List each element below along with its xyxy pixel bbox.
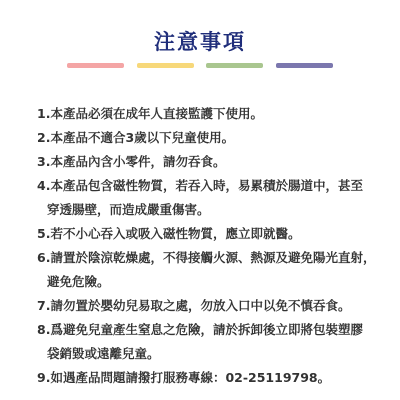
notice-item-9: 9.如遇產品問題請撥打服務專線：02-25119798。: [37, 366, 377, 390]
color-divider: [67, 63, 333, 68]
page-title: 注意事項: [0, 26, 400, 56]
divider-bar-purple: [276, 63, 333, 68]
notice-item-6: 6.請置於陰涼乾燥處，不得接觸火源、熱源及避免陽光直射，避免危險。: [37, 246, 377, 294]
notice-text: 9.如遇產品問題請撥打服務專線：02-25119798。: [37, 370, 330, 385]
notice-text-continued: 避免危險。: [37, 270, 377, 294]
notice-item-4: 4.本產品包含磁性物質，若吞入時，易累積於腸道中，甚至穿透腸壁，而造成嚴重傷害。: [37, 174, 377, 222]
notice-item-1: 1.本產品必須在成年人直接監護下使用。: [37, 102, 377, 126]
notice-text-continued: 袋銷毀或遠離兒童。: [37, 342, 377, 366]
notice-item-7: 7.請勿置於嬰幼兒易取之處，勿放入口中以免不慎吞食。: [37, 294, 377, 318]
notice-text: 4.本產品包含磁性物質，若吞入時，易累積於腸道中，甚至: [37, 178, 363, 193]
notice-text: 7.請勿置於嬰幼兒易取之處，勿放入口中以免不慎吞食。: [37, 298, 350, 313]
notice-text: 1.本產品必須在成年人直接監護下使用。: [37, 106, 263, 121]
notice-text: 2.本產品不適合3歲以下兒童使用。: [37, 130, 234, 145]
notice-item-8: 8.爲避免兒童產生窒息之危險，請於拆卸後立即將包裝塑膠袋銷毀或遠離兒童。: [37, 318, 377, 366]
notice-item-2: 2.本產品不適合3歲以下兒童使用。: [37, 126, 377, 150]
notice-text: 5.若不小心吞入或吸入磁性物質，應立即就醫。: [37, 226, 300, 241]
notice-text: 3.本產品內含小零件，請勿吞食。: [37, 154, 225, 169]
notice-item-3: 3.本產品內含小零件，請勿吞食。: [37, 150, 377, 174]
notice-list: 1.本產品必須在成年人直接監護下使用。 2.本產品不適合3歲以下兒童使用。 3.…: [37, 102, 377, 390]
notice-text: 6.請置於陰涼乾燥處，不得接觸火源、熱源及避免陽光直射，: [37, 250, 375, 265]
divider-bar-yellow: [137, 63, 194, 68]
notice-text: 8.爲避免兒童產生窒息之危險，請於拆卸後立即將包裝塑膠: [37, 322, 363, 337]
divider-bar-pink: [67, 63, 124, 68]
notice-item-5: 5.若不小心吞入或吸入磁性物質，應立即就醫。: [37, 222, 377, 246]
notice-text-continued: 穿透腸壁，而造成嚴重傷害。: [37, 198, 377, 222]
divider-bar-green: [206, 63, 263, 68]
